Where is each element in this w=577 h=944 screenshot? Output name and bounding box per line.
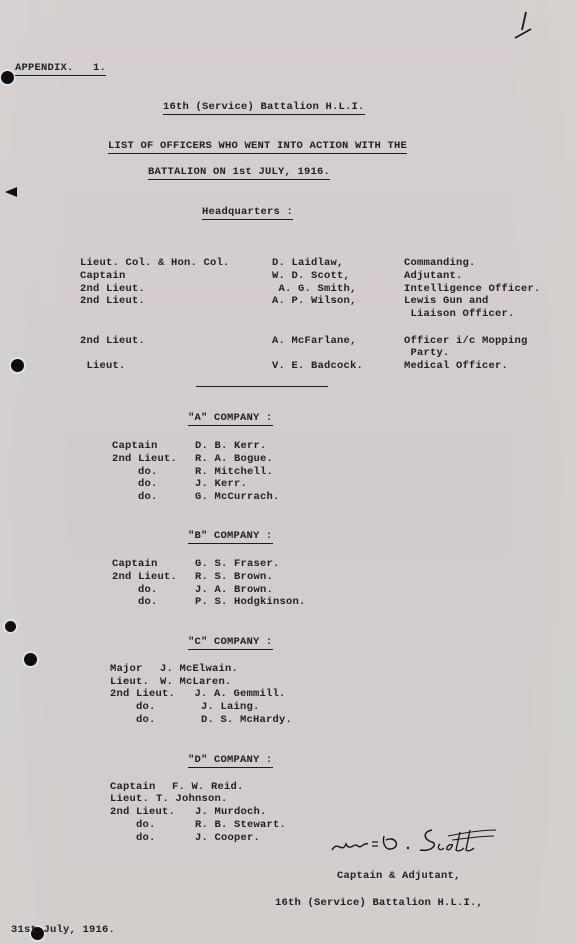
officer-name: J. A. Brown.	[195, 584, 273, 596]
officer-rank: Lieut.	[110, 676, 149, 688]
officer-rank: do.	[112, 584, 158, 596]
officer-rank: do.	[112, 491, 158, 503]
officer-name: T. Johnson.	[156, 793, 228, 805]
officer-name: J. McElwain.	[160, 663, 238, 675]
company-a-heading: "A" COMPANY :	[188, 412, 273, 426]
officer-rank: do.	[112, 478, 158, 490]
officer-name: J. Laing.	[188, 701, 260, 713]
company-d-heading: "D" COMPANY :	[188, 754, 273, 768]
handwritten-page-number	[512, 10, 534, 40]
hq-role: Adjutant.	[404, 270, 463, 282]
handwritten-signature: W. D. Scott	[328, 822, 498, 858]
hq-role: Intelligence Officer.	[404, 283, 541, 295]
officer-name: J. A. Gemmill.	[188, 688, 286, 700]
officer-name: J. Murdoch.	[195, 806, 267, 818]
officer-rank: do.	[110, 714, 156, 726]
officer-rank: 2nd Lieut.	[110, 806, 175, 818]
officer-rank: do.	[110, 832, 156, 844]
hq-rank: Captain	[80, 270, 126, 282]
punch-hole	[11, 359, 24, 372]
hq-rank: Lieut.	[80, 360, 126, 372]
officer-name: P. S. Hodgkinson.	[195, 596, 306, 608]
hq-name: A. G. Smith,	[272, 283, 357, 295]
hq-rank: Lieut. Col. & Hon. Col.	[80, 257, 230, 269]
margin-mark-icon	[5, 187, 17, 197]
hq-name: D. Laidlaw,	[272, 257, 344, 269]
officer-name: J. Cooper.	[195, 832, 260, 844]
section-divider	[196, 386, 328, 387]
officer-name: G. S. Fraser.	[195, 558, 280, 570]
hq-rank: 2nd Lieut.	[80, 335, 145, 347]
officer-rank: Lieut.	[110, 793, 149, 805]
unit-heading: 16th (Service) Battalion H.L.I.	[163, 101, 365, 115]
hq-role: Officer i/c Mopping	[404, 335, 528, 347]
officer-rank: do.	[112, 466, 158, 478]
officer-name: R. Mitchell.	[195, 466, 273, 478]
hq-role-continued: Party.	[404, 347, 450, 359]
punch-hole	[5, 621, 16, 632]
hq-rank: 2nd Lieut.	[80, 283, 145, 295]
hq-role: Lewis Gun and	[404, 295, 489, 307]
signature-unit: 16th (Service) Battalion H.L.I.,	[275, 897, 483, 909]
officer-rank: do.	[112, 596, 158, 608]
company-b-heading: "B" COMPANY :	[188, 530, 273, 544]
officer-rank: do.	[110, 819, 156, 831]
officer-rank: Major	[110, 663, 143, 675]
officer-name: W. McLaren.	[160, 676, 232, 688]
officer-rank: 2nd Lieut.	[112, 571, 177, 583]
hq-name: V. E. Badcock.	[272, 360, 363, 372]
hq-rank: 2nd Lieut.	[80, 295, 145, 307]
punch-hole	[24, 653, 37, 666]
hq-name: W. D. Scott,	[272, 270, 350, 282]
punch-hole	[1, 71, 14, 84]
signature-title: Captain & Adjutant,	[337, 870, 461, 882]
officer-name: R. S. Brown.	[195, 571, 273, 583]
officer-name: R. A. Bogue.	[195, 453, 273, 465]
headquarters-heading: Headquarters :	[202, 206, 293, 220]
officer-rank: do.	[110, 701, 156, 713]
officer-rank: 2nd Lieut.	[110, 688, 175, 700]
officer-name: D. S. McHardy.	[188, 714, 292, 726]
company-c-heading: "C" COMPANY :	[188, 636, 273, 650]
hq-name: A. P. Wilson,	[272, 295, 357, 307]
officer-name: R. B. Stewart.	[195, 819, 286, 831]
appendix-label: APPENDIX. 1.	[15, 62, 106, 76]
document-date: 31st July, 1916.	[11, 924, 115, 936]
officer-name: G. McCurrach.	[195, 491, 280, 503]
officer-name: F. W. Reid.	[172, 781, 244, 793]
officer-rank: Captain	[110, 781, 156, 793]
hq-role: Commanding.	[404, 257, 476, 269]
title-line-2: BATTALION ON 1st JULY, 1916.	[148, 166, 330, 180]
officer-rank: Captain	[112, 440, 158, 452]
document-page: APPENDIX. 1. 16th (Service) Battalion H.…	[0, 0, 577, 944]
hq-name: A. McFarlane,	[272, 335, 357, 347]
officer-name: J. Kerr.	[195, 478, 247, 490]
officer-rank: 2nd Lieut.	[112, 453, 177, 465]
officer-name: D. B. Kerr.	[195, 440, 267, 452]
title-line-1: LIST OF OFFICERS WHO WENT INTO ACTION WI…	[108, 140, 407, 154]
officer-rank: Captain	[112, 558, 158, 570]
hq-role: Medical Officer.	[404, 360, 508, 372]
hq-role-continued: Liaison Officer.	[404, 308, 515, 320]
